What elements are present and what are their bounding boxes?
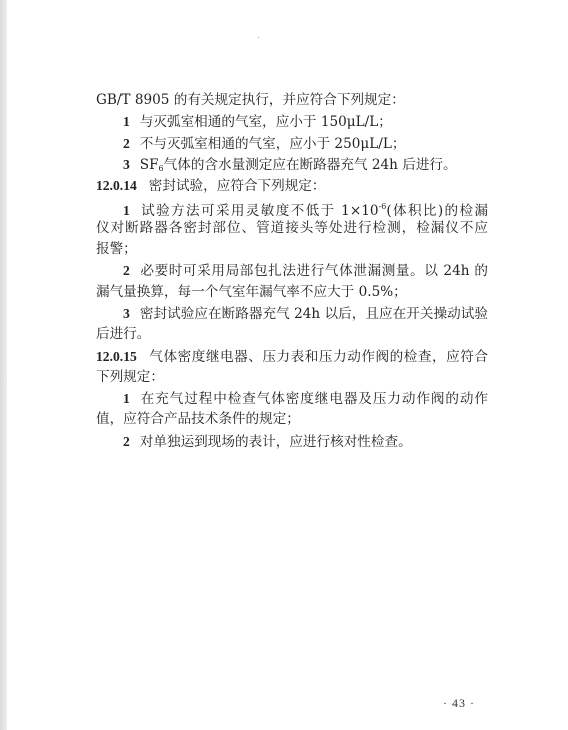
clause-number: 12.0.14 xyxy=(96,178,137,193)
item-number: 3 xyxy=(123,306,130,321)
list-item-line: 后进行。 xyxy=(96,324,488,345)
list-item-line: 值，应符合产品技术条件的规定； xyxy=(96,409,488,430)
item-number: 3 xyxy=(123,157,130,172)
clause-title-line: 下列规定： xyxy=(96,367,488,388)
list-item: 3SF6气体的含水量测定应在断路器充气 24h 后进行。 xyxy=(96,154,488,175)
page-edge-shadow xyxy=(0,0,7,730)
clause-heading: 12.0.14密封试验，应符合下列规定： xyxy=(96,175,488,196)
list-item-line: 3密封试验应在断路器充气 24h 以后，且应在开关操动试验 xyxy=(96,303,488,324)
item-text: 密封试验应在断路器充气 24h 以后，且应在开关操动试验 xyxy=(140,306,488,322)
item-text-pre: SF xyxy=(140,157,159,173)
scan-speck xyxy=(258,37,259,38)
item-text: 必要时可采用局部包扎法进行气体泄漏测量。以 24h 的 xyxy=(140,263,488,279)
clause-title: 密封试验，应符合下列规定： xyxy=(149,178,326,194)
document-page: GB/T 8905 的有关规定执行，并应符合下列规定： 1与灭弧室相通的气室，应… xyxy=(96,90,488,452)
item-number: 1 xyxy=(123,391,130,406)
list-item: 1与灭弧室相通的气室，应小于 150μL/L； xyxy=(96,111,488,132)
list-item-line: 2对单独运到现场的表计，应进行核对性检查。 xyxy=(96,431,488,452)
list-item-line: 漏气量换算，每一个气室年漏气率不应大于 0.5%； xyxy=(96,282,488,303)
item-number: 1 xyxy=(123,114,130,129)
item-number: 2 xyxy=(123,263,130,278)
list-item: 2不与灭弧室相通的气室，应小于 250μL/L； xyxy=(96,133,488,154)
item-text-post: 气体的含水量测定应在断路器充气 24h 后进行。 xyxy=(164,157,457,173)
item-text: 对单独运到现场的表计，应进行核对性检查。 xyxy=(140,434,412,450)
item-number: 2 xyxy=(123,434,130,449)
list-item-line: 1在充气过程中检查气体密度继电器及压力动作阀的动作 xyxy=(96,388,488,409)
page-number: · 43 · xyxy=(443,696,475,711)
item-number: 1 xyxy=(123,203,130,218)
clause-heading: 12.0.15气体密度继电器、压力表和压力动作阀的检查，应符合 xyxy=(96,346,488,367)
intro-line: GB/T 8905 的有关规定执行，并应符合下列规定： xyxy=(96,90,488,111)
clause-title: 气体密度继电器、压力表和压力动作阀的检查，应符合 xyxy=(149,349,488,365)
list-item-line: 报警； xyxy=(96,239,488,260)
item-text: 不与灭弧室相通的气室，应小于 250μL/L； xyxy=(140,136,406,152)
clause-number: 12.0.15 xyxy=(96,349,137,364)
item-number: 2 xyxy=(123,136,130,151)
item-text: 与灭弧室相通的气室，应小于 150μL/L； xyxy=(140,114,392,130)
list-item-line: 1试验方法可采用灵敏度不低于 1×10-6(体积比)的检漏 xyxy=(96,196,488,217)
list-item-line: 仪对断路器各密封部位、管道接头等处进行检测，检漏仪不应 xyxy=(96,218,488,239)
list-item-line: 2必要时可采用局部包扎法进行气体泄漏测量。以 24h 的 xyxy=(96,260,488,281)
item-text: 在充气过程中检查气体密度继电器及压力动作阀的动作 xyxy=(140,391,488,407)
